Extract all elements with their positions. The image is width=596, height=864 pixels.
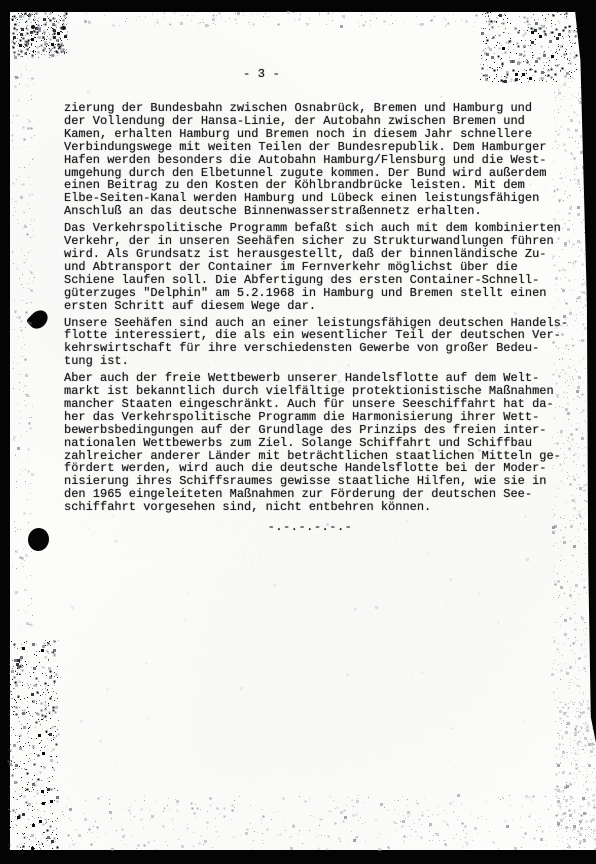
scanned-page: - 3 - zierung der Bundesbahn zwischen Os… [10,12,596,850]
end-separator: -.-.-.-.-.- [64,521,556,534]
scan-noise-layer [480,12,481,13]
scan-noise-layer [12,300,13,301]
scan-noise-layer [12,12,13,13]
paragraph-1: zierung der Bundesbahn zwischen Osnabrüc… [64,102,588,218]
ink-speck [31,25,35,29]
scan-noise-layer [552,80,553,81]
ink-speck [61,26,66,30]
hole-punch-mark [27,527,51,553]
scan-noise-layer [55,795,56,796]
scan-noise-layer [555,700,556,701]
scan-noise-layer [12,55,13,56]
paragraph-3: Unsere Seehäfen sind auch an einer leist… [64,317,588,369]
paragraph-4: Aber auch der freie Wettbewerb unserer H… [64,372,588,514]
scan-noise-layer [65,12,66,13]
paragraph-2: Das Verkehrspolitische Programm befaßt s… [64,222,588,312]
document-body: zierung der Bundesbahn zwischen Osnabrüc… [64,102,588,534]
scan-noise-layer [60,90,61,91]
scan-noise-layer [8,640,9,641]
page-number: - 3 - [243,68,280,81]
ink-blot [26,307,52,333]
